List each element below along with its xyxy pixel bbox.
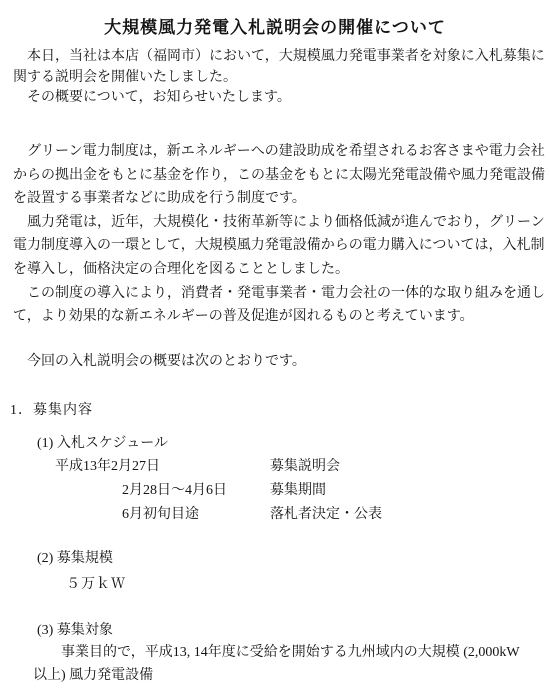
schedule-event: 募集期間 — [270, 479, 326, 503]
schedule-date: 2月28日〜4月6日 — [55, 479, 270, 503]
item-1-label: (1) 入札スケジュール — [37, 436, 168, 451]
section-1-heading: 1．募集内容 — [10, 403, 93, 418]
schedule-event: 落札者決定・公表 — [270, 503, 382, 527]
schedule-event: 募集説明会 — [270, 455, 340, 479]
item-2-label: (2) 募集規模 — [37, 551, 113, 566]
intro-paragraph: 本日，当社は本店（福岡市）において，大規模風力発電事業者を対象に入札募集に 関す… — [13, 47, 545, 109]
item-2-value: ５万ｋＷ — [66, 577, 126, 592]
scanned-document-page: 大規模風力発電入札説明会の開催について 本日，当社は本店（福岡市）において，大規… — [0, 0, 550, 690]
bid-schedule-list: 平成13年2月27日 募集説明会 2月28日〜4月6日 募集期間 6月初旬目途 … — [55, 455, 382, 527]
document-title: 大規模風力発電入札説明会の開催について — [0, 18, 550, 38]
item-3-text: 事業目的で，平成13, 14年度に受給を開始する九州域内の大規模 (2,000k… — [33, 642, 520, 687]
item-3-label: (3) 募集対象 — [37, 623, 113, 638]
schedule-row: 6月初旬目途 落札者決定・公表 — [55, 503, 382, 527]
green-power-paragraph: グリーン電力制度は，新エネルギーへの建設助成を希望されるお客さまや電力会社 から… — [13, 140, 545, 329]
schedule-date: 6月初旬目途 — [55, 503, 270, 527]
schedule-row: 2月28日〜4月6日 募集期間 — [55, 479, 382, 503]
schedule-row: 平成13年2月27日 募集説明会 — [55, 455, 382, 479]
lead-sentence: 今回の入札説明会の概要は次のとおりです。 — [13, 352, 306, 372]
schedule-date: 平成13年2月27日 — [55, 455, 270, 479]
